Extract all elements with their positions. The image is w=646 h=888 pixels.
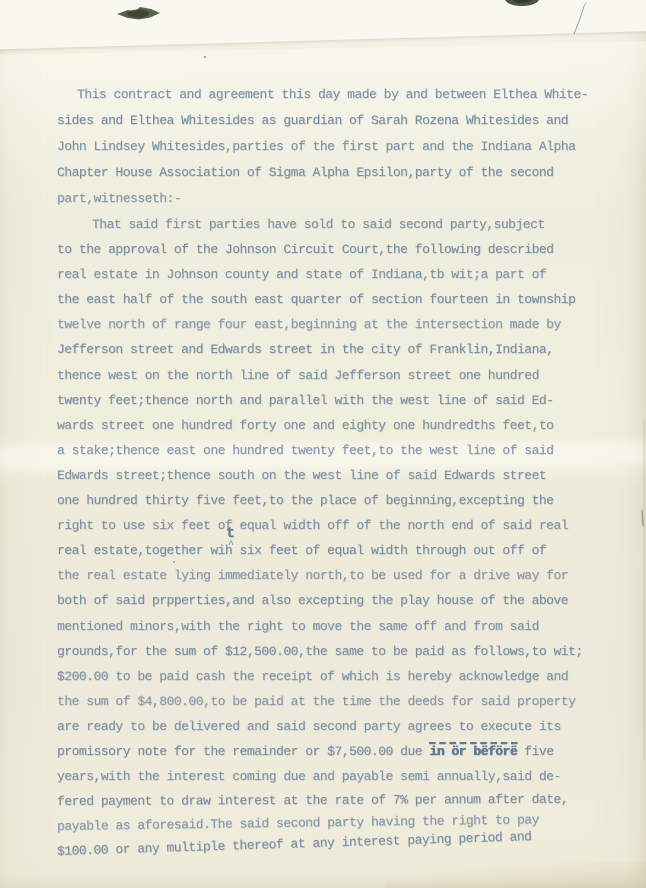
line-text: thence west on the north line of said Je…	[57, 368, 539, 383]
ink-speck	[204, 56, 207, 59]
line-text: This contract and agreement this day mad…	[77, 87, 588, 102]
line-text: Jefferson street and Edwards street in t…	[57, 342, 554, 357]
document-line: twenty feet;thence north and parallel wi…	[57, 388, 642, 413]
staple-mark	[117, 7, 160, 20]
line-text: Chapter House Association of Sigma Alpha…	[57, 165, 554, 180]
line-text: sides and Elthea Whitesides as guardian …	[57, 113, 568, 128]
document-line: the east half of the south east quarter …	[57, 287, 642, 312]
document-line: years,with the interest coming due and p…	[57, 764, 642, 789]
document-line: to the approval of the Johnson Circuit C…	[57, 237, 642, 262]
document-line: This contract and agreement this day mad…	[57, 82, 642, 108]
line-text: twelve north of range four east,beginnin…	[57, 317, 561, 332]
line-text: are ready to be delivered and said secon…	[57, 719, 561, 734]
line-text: to the approval of the Johnson Circuit C…	[57, 242, 554, 257]
document-line: real estate in Johnson county and state …	[57, 262, 642, 287]
document-line: right to use six feet of equal width off…	[57, 513, 642, 538]
line-text: the real estate lying immediately north,…	[57, 568, 568, 583]
document-line: real estate,together wih six feet of equ…	[57, 538, 642, 563]
document-page: This contract and agreement this day mad…	[0, 0, 646, 888]
paragraph-intro: This contract and agreement this day mad…	[57, 82, 642, 212]
line-text: twenty feet;thence north and parallel wi…	[57, 393, 554, 408]
document-line: part,witnesseth:-	[57, 186, 642, 212]
line-text: the east half of the south east quarter …	[57, 292, 575, 307]
line-text: promissory note for the remainder or $7,…	[57, 744, 429, 759]
document-line: $200.00 to be paid cash the receipt of w…	[57, 664, 642, 689]
pen-stroke-mark	[574, 3, 587, 35]
line-text: mentioned minors,with the right to move …	[57, 619, 539, 634]
line-text: real estate in Johnson county and state …	[57, 267, 546, 282]
line-text: fered payment to draw interest at the ra…	[57, 792, 568, 809]
document-line: Jefferson street and Edwards street in t…	[57, 337, 642, 362]
staple-mark	[505, 0, 539, 6]
line-text: part,witnesseth:-	[57, 191, 181, 206]
document-line: are ready to be delivered and said secon…	[57, 714, 642, 739]
insertion-caret-mark: ^	[228, 540, 234, 551]
document-line: Edwards street;thence south on the west …	[57, 463, 642, 488]
line-text: Edwards street;thence south on the west …	[57, 468, 546, 483]
edge-tick	[642, 510, 643, 526]
document-line: twelve north of range four east,beginnin…	[57, 312, 642, 337]
document-line: the real estate lying immediately north,…	[57, 563, 642, 588]
line-text: one hundred thirty five feet,to the plac…	[57, 493, 554, 508]
line-text: $200.00 to be paid cash the receipt of w…	[57, 669, 568, 684]
line-text: years,with the interest coming due and p…	[57, 769, 561, 784]
line-text: grounds,for the sum of $12,500.00,the sa…	[57, 644, 583, 659]
document-line: thence west on the north line of said Je…	[57, 363, 642, 388]
line-text: the sum of $4,800.00,to be paid at the t…	[57, 694, 575, 709]
document-line: John Lindsey Whitesides,parties of the f…	[57, 134, 642, 160]
line-text: a stake;thence east one hundred twenty f…	[57, 443, 554, 458]
line-text: wards street one hundred forty one and e…	[57, 418, 554, 433]
line-text: John Lindsey Whitesides,parties of the f…	[57, 139, 575, 154]
document-line: That said first parties have sold to sai…	[57, 212, 642, 237]
line-text: That said first parties have sold to sai…	[92, 217, 545, 232]
overstruck-text: in ör bëförë	[429, 744, 517, 759]
line-text: real estate,together wih six feet of equ…	[57, 543, 546, 558]
document-line: both of said prpperties,and also excepti…	[57, 588, 642, 613]
document-line: a stake;thence east one hundred twenty f…	[57, 438, 642, 463]
document-line: grounds,for the sum of $12,500.00,the sa…	[57, 639, 642, 664]
line-text: right to use six feet of equal width off…	[57, 518, 568, 533]
document-line: one hundred thirty five feet,to the plac…	[57, 488, 642, 513]
document-line: sides and Elthea Whitesides as guardian …	[57, 108, 642, 134]
document-line: Chapter House Association of Sigma Alpha…	[57, 160, 642, 186]
document-line: the sum of $4,800.00,to be paid at the t…	[57, 689, 642, 714]
document-line: mentioned minors,with the right to move …	[57, 614, 642, 639]
paragraph-terms: That said first parties have sold to sai…	[57, 212, 642, 864]
document-line: wards street one hundred forty one and e…	[57, 413, 642, 438]
line-text: both of said prpperties,and also excepti…	[57, 593, 568, 608]
document-line: promissory note for the remainder or $7,…	[57, 739, 642, 764]
line-text: five	[517, 744, 554, 759]
